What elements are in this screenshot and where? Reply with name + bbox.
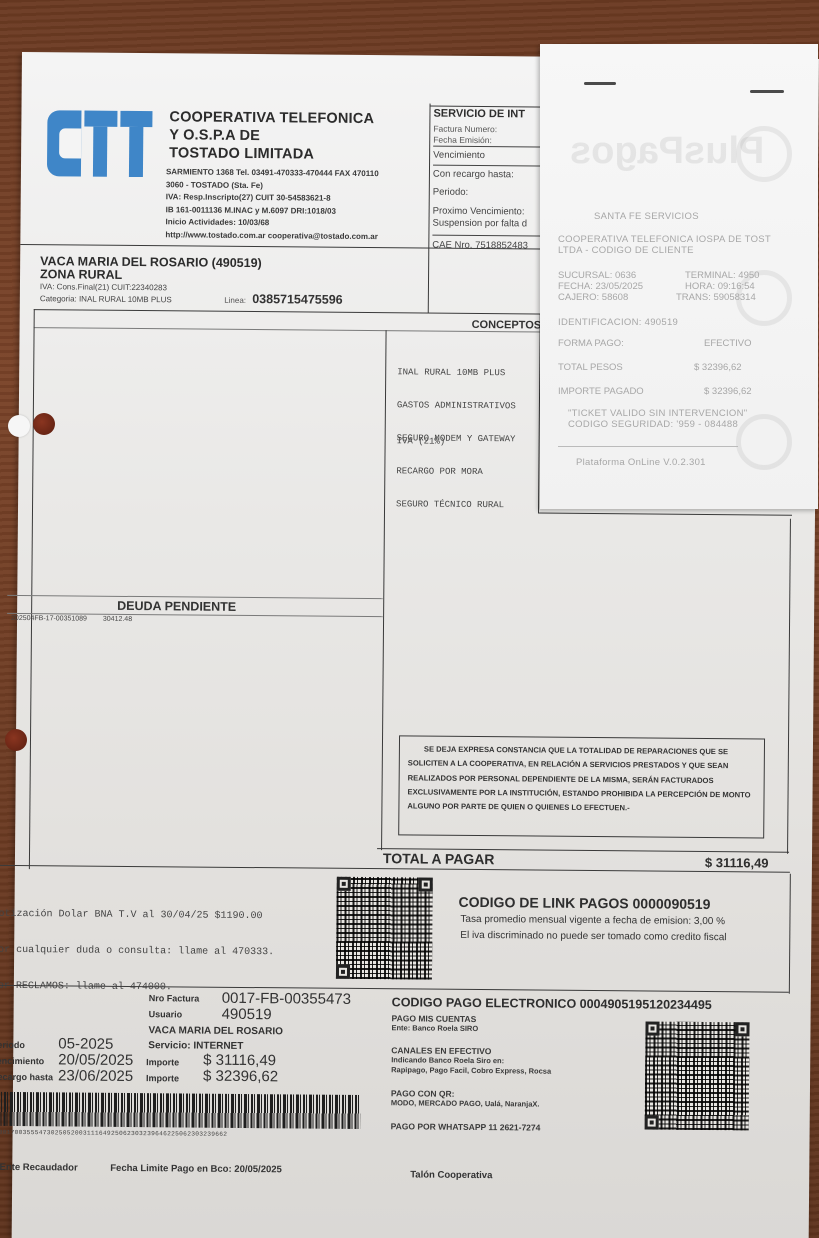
ctt-logo-icon [47, 110, 153, 177]
header-divider [428, 104, 431, 314]
deuda-pendiente-title: DEUDA PENDIENTE [117, 599, 236, 614]
pago-electronico-code: CODIGO PAGO ELECTRONICO 0004905195120234… [392, 995, 712, 1012]
user-id: 490519 [222, 1006, 272, 1023]
payment-qr-code-icon [645, 1021, 750, 1130]
receipt-importe: $ 32396,62 [704, 386, 752, 397]
payment-receipt: PlusPagos SANTA FE SERVICIOS COOPERATIVA… [540, 44, 818, 509]
link-pagos-code: CODIGO DE LINK PAGOS 0000090519 [459, 894, 711, 912]
fecha-limite: Fecha Limite Pago en Bco: 20/05/2025 [110, 1163, 282, 1175]
service-box: SERVICIO DE INT Factura Numero: Fecha Em… [432, 108, 553, 256]
staple-icon [584, 82, 616, 85]
iva-line: IVA (21%) [397, 436, 446, 446]
client-block: VACA MARIA DEL ROSARIO (490519) ZONA RUR… [40, 255, 343, 307]
receipt-platform: Plataforma OnLine V.0.2.301 [576, 457, 706, 468]
qr-code-icon [336, 877, 433, 980]
receipt-total: $ 32396,62 [694, 362, 742, 373]
punch-hole [33, 413, 55, 435]
talon-ente-label: Talón Ente Recaudador [0, 1162, 78, 1174]
pluspagos-logo-icon [736, 126, 792, 182]
linea-number: 0385715475596 [252, 292, 342, 307]
punch-hole [8, 415, 30, 437]
importe-2: $ 32396,62 [203, 1068, 278, 1086]
punch-hole [5, 729, 27, 751]
staple-icon [750, 90, 784, 93]
barcode-icon [0, 1092, 361, 1129]
total-value: $ 31116,49 [705, 855, 769, 871]
barcode-digits: 2100170035554730250520031116492506230323… [0, 1129, 227, 1138]
conceptos-title: CONCEPTOS [472, 319, 542, 332]
company-name: COOPERATIVA TELEFONICA Y O.S.P.A DE TOST… [169, 108, 374, 164]
importe-1: $ 31116,49 [203, 1052, 276, 1070]
company-info: SARMIENTO 1368 Tel. 03491-470333-470444 … [165, 166, 378, 243]
total-label: TOTAL A PAGAR [383, 850, 495, 867]
talon-cooperativa-label: Talón Cooperativa [410, 1169, 492, 1181]
repairs-notice: SE DEJA EXPRESA CONSTANCIA QUE LA TOTALI… [398, 735, 765, 838]
deuda-row: 202504FB-17-00351089 30412.48 [11, 615, 132, 623]
